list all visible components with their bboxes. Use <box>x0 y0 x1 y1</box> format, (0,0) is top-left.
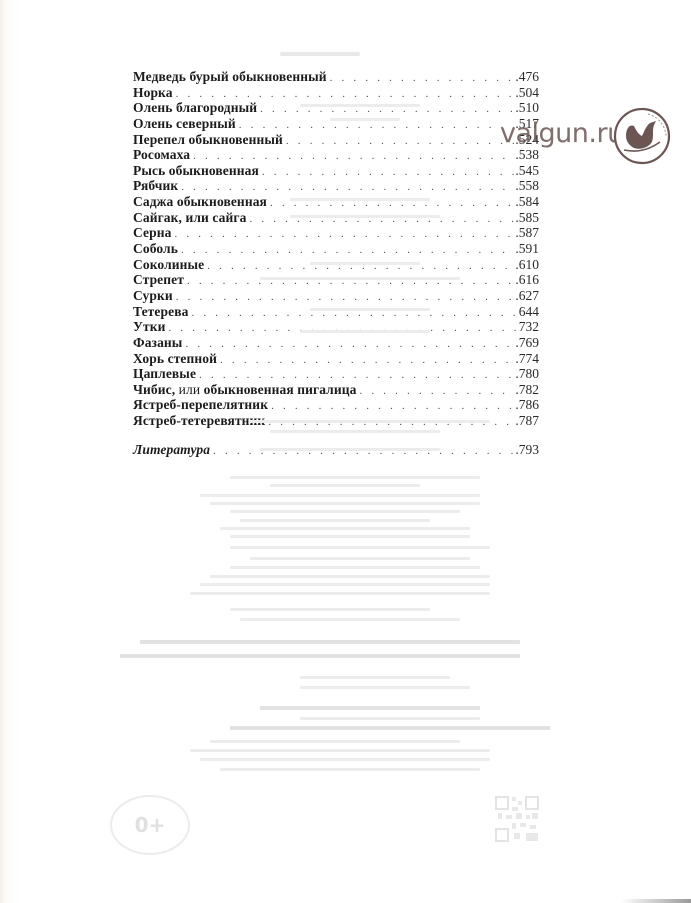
toc-entry-page: .787 <box>515 413 539 429</box>
toc-entry: Саджа обыкновенная.584 <box>133 194 539 210</box>
leader-dots <box>271 399 514 415</box>
toc-entry-title: Соболь <box>133 241 178 257</box>
toc-entry-title: Утки <box>133 319 166 335</box>
leader-dots <box>207 259 514 275</box>
toc-entry: Олень северный.517 <box>133 116 539 132</box>
toc-entry: Серна.587 <box>133 225 539 241</box>
leader-dots <box>330 71 515 87</box>
toc-entry-title: Олень северный <box>133 116 236 132</box>
qr-code-icon <box>494 793 540 843</box>
toc-entry: Тетерева644 <box>133 304 539 320</box>
leader-dots <box>359 384 514 400</box>
toc-entry: Росомаха.538 <box>133 147 539 163</box>
leader-dots <box>169 321 518 337</box>
toc-entry-page: .476 <box>515 69 539 85</box>
toc-entry-title: Литература <box>133 442 210 458</box>
toc-entry: Чибис, или обыкновенная пигалица.782 <box>133 382 539 398</box>
toc-entry-title: Медведь бурый обыкновенный <box>133 69 327 85</box>
toc-entry: Фазаны.769 <box>133 335 539 351</box>
toc-entry-page: 644 <box>519 304 539 320</box>
toc-entry-page: .627 <box>515 288 539 304</box>
table-of-contents: Медведь бурый обыкновенный.476 Норка.504… <box>133 69 539 457</box>
leader-dots <box>270 196 514 212</box>
toc-entry-page: .782 <box>515 382 539 398</box>
leader-dots <box>174 227 514 243</box>
page-edge-shadow <box>621 899 691 903</box>
age-rating-mark: 0+ <box>110 795 190 855</box>
toc-entry-page: .558 <box>515 178 539 194</box>
toc-entry-title: Стрепет <box>133 272 184 288</box>
leader-dots <box>187 274 514 290</box>
leader-dots <box>185 337 514 353</box>
leader-dots <box>213 444 514 460</box>
title-part-regular: или <box>179 382 201 397</box>
toc-entry: Стрепет.616 <box>133 272 539 288</box>
toc-entry-page: .769 <box>515 335 539 351</box>
toc-entry-page: .587 <box>515 225 539 241</box>
capercaillie-bird-logo-icon <box>612 106 672 166</box>
title-part: Чибис, <box>133 382 179 397</box>
toc-entry: Медведь бурый обыкновенный.476 <box>133 69 539 85</box>
toc-entry-page: .616 <box>515 272 539 288</box>
toc-entry-title: Цаплевые <box>133 366 196 382</box>
leader-dots <box>268 415 514 431</box>
toc-entry-page: .510 <box>515 100 539 116</box>
toc-entry: Ястреб-тетеревятник.787 <box>133 413 539 429</box>
toc-entry-page: .780 <box>515 366 539 382</box>
toc-entry-page: .538 <box>515 147 539 163</box>
toc-entry-title: Чибис, или обыкновенная пигалица <box>133 382 356 398</box>
toc-entry-page: .610 <box>515 257 539 273</box>
toc-entry: Хорь степной.774 <box>133 351 539 367</box>
leader-dots <box>249 212 514 228</box>
toc-entry-page: .786 <box>515 397 539 413</box>
toc-entry: Соколиные.610 <box>133 257 539 273</box>
toc-entry-title: Норка <box>133 85 173 101</box>
toc-entry-title: Ястреб-перепелятник <box>133 397 268 413</box>
toc-entry-page: .793 <box>515 442 539 458</box>
toc-entry-page: 732 <box>519 319 539 335</box>
leader-dots <box>262 165 514 181</box>
toc-entry: Норка.504 <box>133 85 539 101</box>
toc-entry-title: Ястреб-тетеревятник <box>133 413 265 429</box>
toc-entry-title: Тетерева <box>133 304 188 320</box>
toc-entry-title: Рысь обыкновенная <box>133 163 259 179</box>
toc-entry: Перепел обыкновенный.524 <box>133 132 539 148</box>
toc-entry-title: Олень благородный <box>133 100 257 116</box>
toc-entry: Рябчик.558 <box>133 178 539 194</box>
toc-entry-page: .584 <box>515 194 539 210</box>
watermark-text: valgun.ru <box>500 118 624 149</box>
leader-dots <box>191 306 517 322</box>
toc-entry-page: .504 <box>515 85 539 101</box>
toc-entry-page: .774 <box>515 351 539 367</box>
toc-entry-title: Соколиные <box>133 257 204 273</box>
header-bleed-through <box>280 52 360 56</box>
toc-entry: Цаплевые.780 <box>133 366 539 382</box>
toc-entry-title: Росомаха <box>133 147 190 163</box>
toc-entry-title: Перепел обыкновенный <box>133 132 283 148</box>
toc-entry-page: .591 <box>515 241 539 257</box>
leader-dots <box>220 353 514 369</box>
toc-entry: Олень благородный.510 <box>133 100 539 116</box>
leader-dots <box>260 102 514 118</box>
toc-entry-title: Фазаны <box>133 335 182 351</box>
toc-entry-title: Рябчик <box>133 178 178 194</box>
toc-entry: Сурки.627 <box>133 288 539 304</box>
toc-entry-title: Сайгак, или сайга <box>133 210 246 226</box>
toc-entry: Ястреб-перепелятник.786 <box>133 397 539 413</box>
toc-entry-literature: Литература.793 <box>133 442 539 458</box>
leader-dots <box>176 290 515 306</box>
toc-entry-title: Сурки <box>133 288 173 304</box>
toc-entry: Рысь обыкновенная.545 <box>133 163 539 179</box>
toc-entry-page: .585 <box>515 210 539 226</box>
leader-dots <box>286 134 514 150</box>
toc-entry: Сайгак, или сайга.585 <box>133 210 539 226</box>
leader-dots <box>181 243 514 259</box>
toc-entry-title: Хорь степной <box>133 351 217 367</box>
title-part: обыкновенная пигалица <box>200 382 356 397</box>
toc-entry-title: Серна <box>133 225 171 241</box>
toc-entry: Утки732 <box>133 319 539 335</box>
scanned-page: Медведь бурый обыкновенный.476 Норка.504… <box>0 0 691 903</box>
toc-entry-page: .545 <box>515 163 539 179</box>
toc-entry-title: Саджа обыкновенная <box>133 194 267 210</box>
toc-entry: Соболь.591 <box>133 241 539 257</box>
